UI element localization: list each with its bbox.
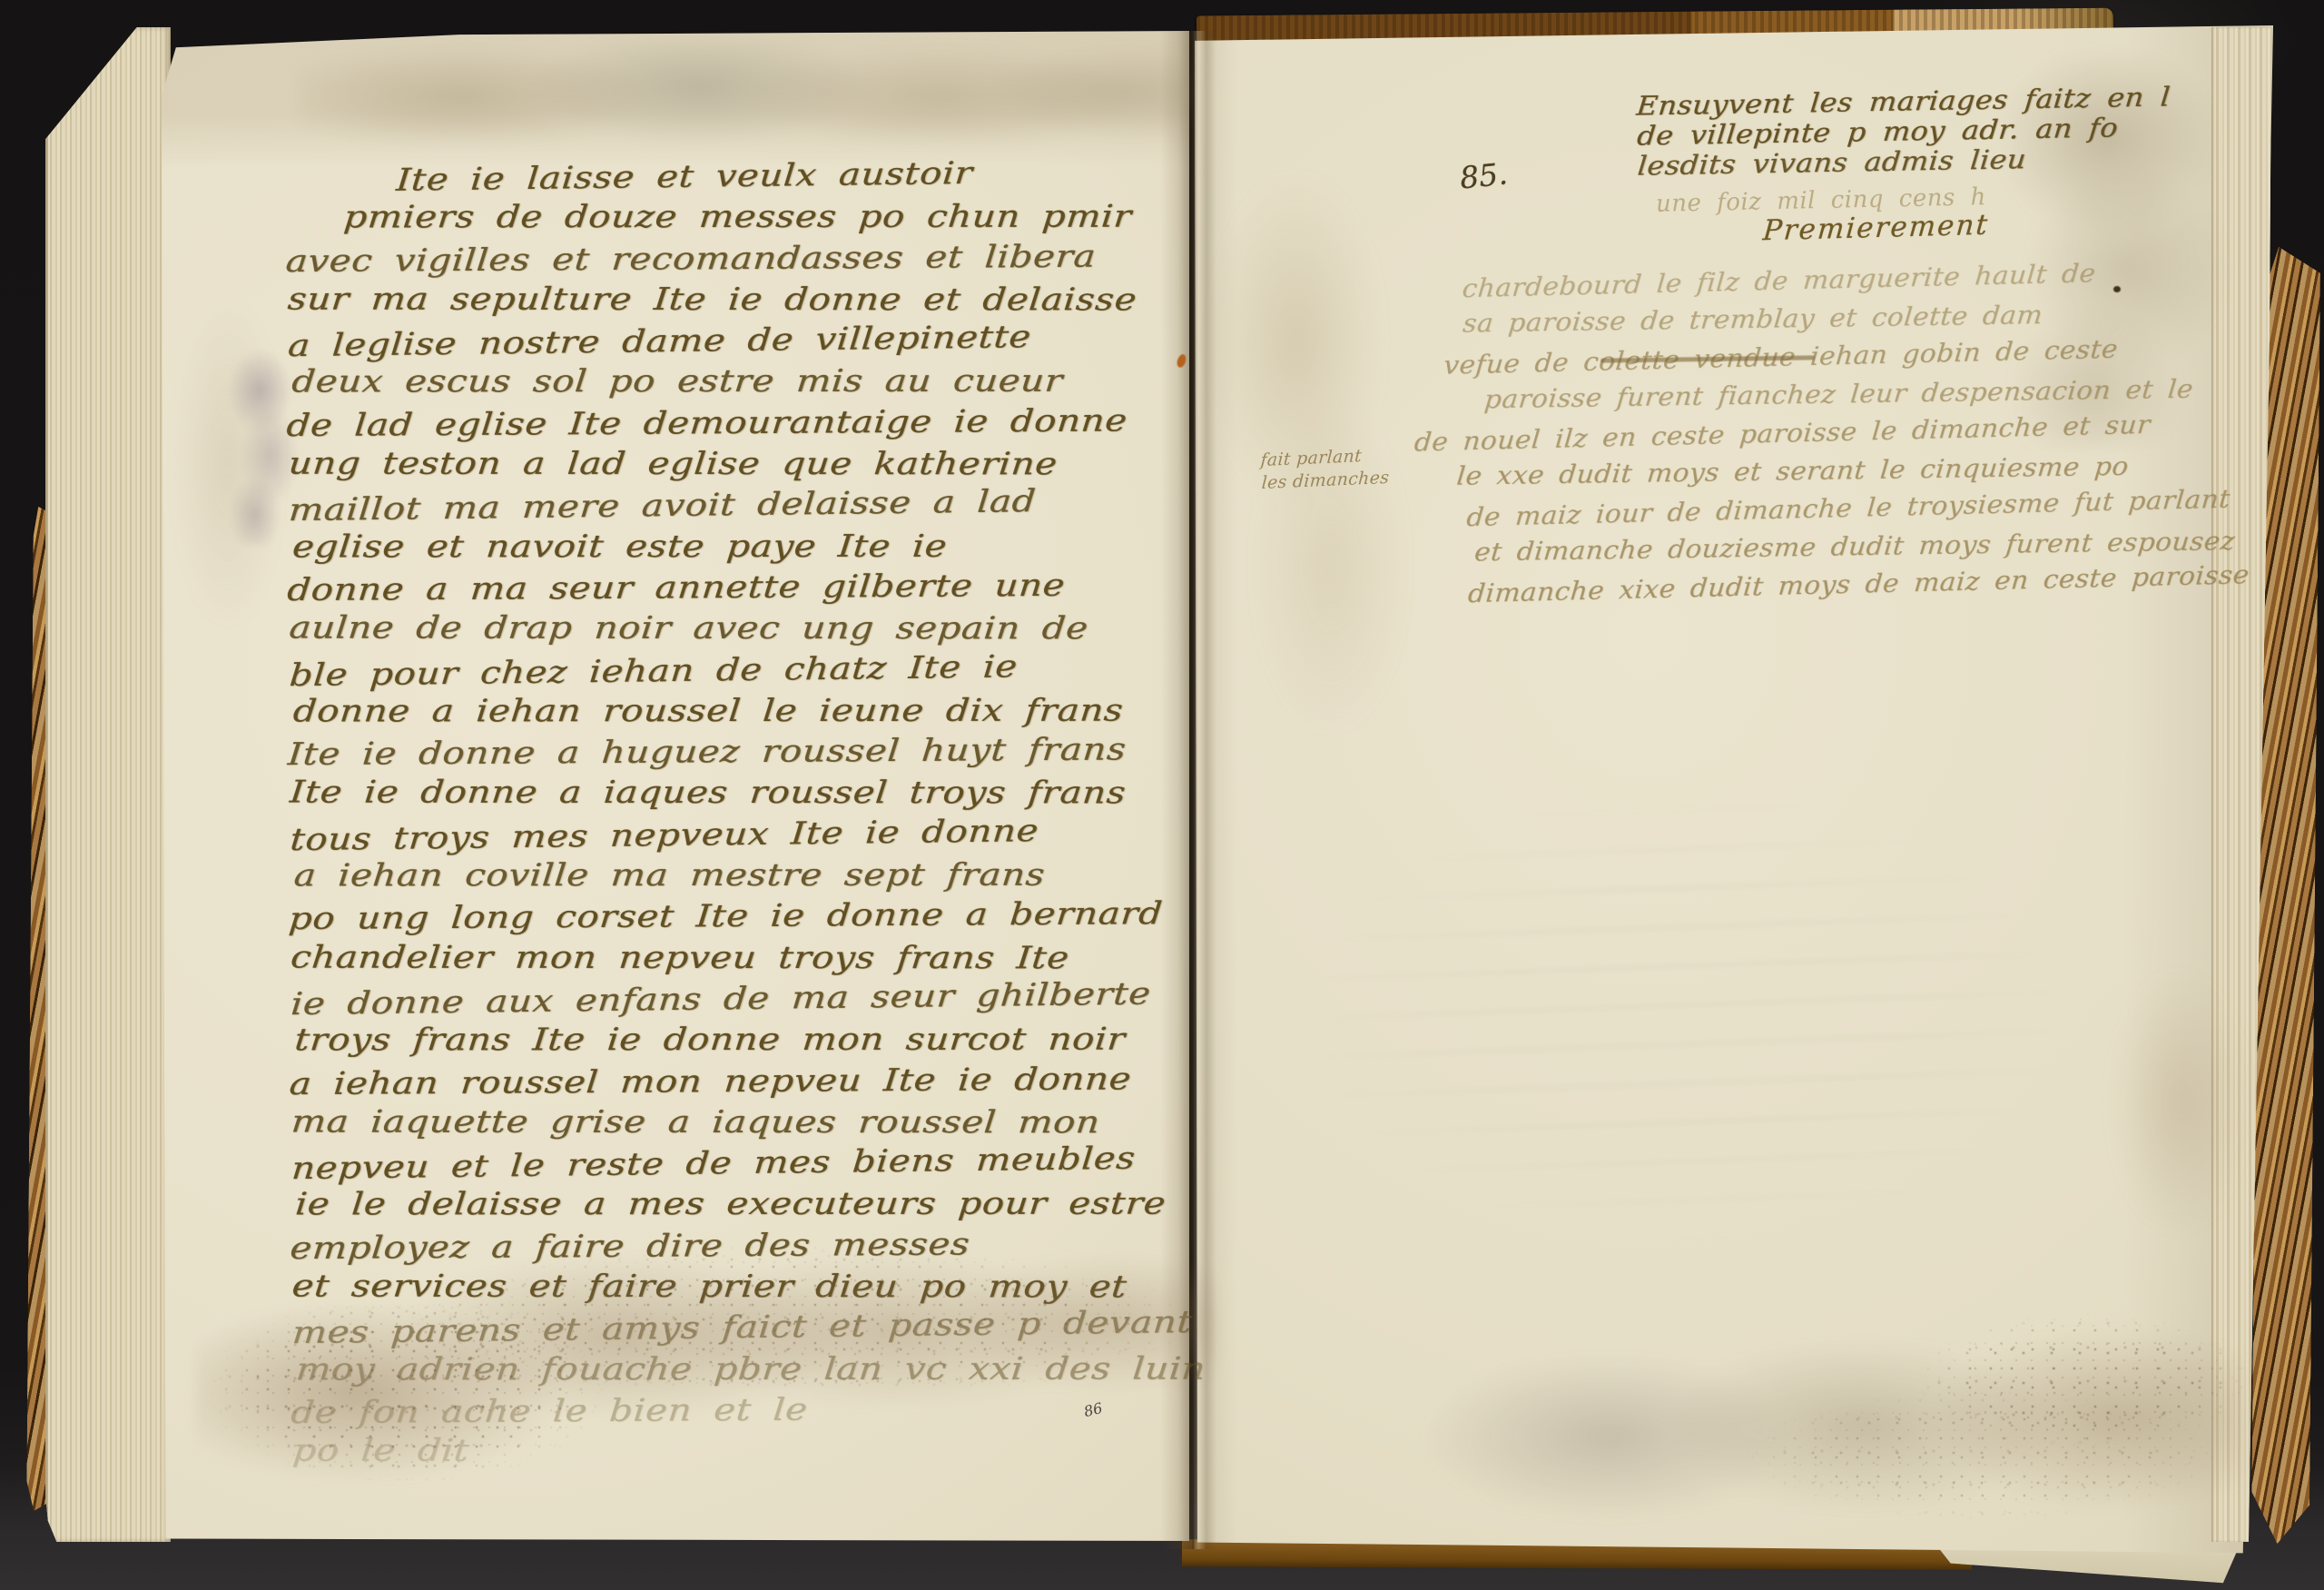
left-page-text: Ite ie laisse et veulx austoirpmiers de … bbox=[286, 154, 1208, 1493]
handwriting: a iehan roussel mon nepveu Ite ie donne bbox=[288, 1059, 1133, 1105]
right-page-heading: Ensuyvent les mariages faitz en lde vill… bbox=[1635, 83, 2122, 181]
handwriting: ie donne aux enfans de ma seur ghilberte bbox=[290, 973, 1153, 1025]
handwriting: donne a iehan roussel le ieune dix frans bbox=[291, 690, 1125, 732]
manuscript-line: ie donne aux enfans de ma seur ghilberte bbox=[290, 973, 1206, 1026]
manuscript-line: ung teston a lad eglise que katherine bbox=[287, 444, 1204, 486]
handwriting: tous troys mes nepveux Ite ie donne bbox=[289, 811, 1040, 861]
marginal-note: fait parlantles dimanches bbox=[1259, 444, 1389, 495]
handwriting: troys frans Ite ie donne mon surcot noir bbox=[293, 1020, 1128, 1062]
manuscript-line: troys frans Ite ie donne mon surcot noir bbox=[293, 1020, 1210, 1062]
handwriting: deux escus sol po estre mis au cueur bbox=[290, 361, 1065, 403]
right-page-text: chardebourd le filz de marguerite hault … bbox=[1409, 254, 2203, 613]
manuscript-line: de lad eglise Ite demourantaige ie donne bbox=[285, 400, 1202, 447]
handwriting: avec vigilles et recomandasses et libera bbox=[284, 236, 1098, 282]
page-stack-edge-left bbox=[45, 27, 171, 1542]
handwriting: et services et faire prier dieu po moy e… bbox=[290, 1267, 1128, 1309]
manuscript-line: nepveu et le reste de mes biens meubles bbox=[290, 1138, 1206, 1190]
manuscript-line: donne a iehan roussel le ieune dix frans bbox=[291, 690, 1208, 732]
handwriting: employez a faire dire des messes bbox=[289, 1224, 971, 1269]
handwriting: a leglise nostre dame de villepinette bbox=[287, 317, 1033, 367]
manuscript-line: tous troys mes nepveux Ite ie donne bbox=[289, 809, 1206, 862]
manuscript-line: aulne de drap noir avec ung sepain de bbox=[288, 608, 1205, 650]
manuscript-line: po le dit bbox=[291, 1431, 1208, 1473]
handwriting: maillot ma mere avoit delaisse a lad bbox=[287, 481, 1037, 531]
manuscript-line: deux escus sol po estre mis au cueur bbox=[290, 361, 1207, 403]
folio-number: 85. bbox=[1458, 155, 1509, 195]
section-heading: Premierement bbox=[1762, 209, 1991, 248]
handwriting: mes parens et amys faict et passe p deva… bbox=[290, 1302, 1194, 1354]
manuscript-line: maillot ma mere avoit delaisse a lad bbox=[287, 479, 1204, 532]
handwriting: eglise et navoit este paye Ite ie bbox=[290, 526, 949, 568]
manuscript-line: donne a ma seur annette gilberte une bbox=[286, 565, 1203, 611]
manuscript-line: Ite ie laisse et veulx austoir bbox=[286, 151, 1203, 203]
manuscript-line: a iehan roussel mon nepveu Ite ie donne bbox=[288, 1058, 1205, 1104]
handwriting: ma iaquette grise a iaques roussel mon bbox=[290, 1101, 1102, 1143]
handwriting: pmiers de douze messes po chun pmir bbox=[342, 197, 1134, 239]
book-photo: Ite ie laisse et veulx austoirpmiers de … bbox=[0, 0, 2324, 1590]
dark-fleck bbox=[2113, 286, 2121, 292]
handwriting: de lad eglise Ite demourantaige ie donne bbox=[285, 400, 1129, 447]
manuscript-line: et services et faire prier dieu po moy e… bbox=[290, 1267, 1207, 1309]
manuscript-line: chandelier mon nepveu troys frans Ite bbox=[290, 937, 1206, 979]
manuscript-line: Ite ie donne a iaques roussel troys fran… bbox=[289, 773, 1206, 815]
handwriting: ble pour chez iehan de chatz Ite ie bbox=[288, 647, 1019, 696]
handwriting: sur ma sepulture Ite ie donne et delaiss… bbox=[286, 279, 1138, 321]
handwriting: Ite ie donne a huguez roussel huyt frans bbox=[286, 730, 1128, 776]
handwriting: Ite ie donne a iaques roussel troys fran… bbox=[288, 773, 1128, 815]
handwriting: de ſon ache le bien et le bbox=[290, 1389, 810, 1434]
handwriting: moy adrien fouache pbre lan vc xxi des l… bbox=[294, 1348, 1207, 1390]
manuscript-line: avec vigilles et recomandasses et libera bbox=[284, 236, 1201, 282]
handwriting: ie le delaisse a mes executeurs pour est… bbox=[293, 1184, 1167, 1226]
handwriting: donne a ma seur annette gilberte une bbox=[286, 566, 1067, 612]
handwriting: po le dit bbox=[291, 1431, 471, 1472]
handwriting: ung teston a lad eglise que katherine bbox=[287, 444, 1059, 486]
manuscript-line: sur ma sepulture Ite ie donne et delaiss… bbox=[286, 279, 1203, 321]
manuscript-line: po ung long corset Ite ie donne a bernar… bbox=[287, 894, 1204, 940]
handwriting: chandelier mon nepveu troys frans Ite bbox=[289, 937, 1070, 979]
manuscript-line: ie le delaisse a mes executeurs pour est… bbox=[294, 1184, 1211, 1226]
manuscript-line: pmiers de douze messes po chun pmir bbox=[290, 197, 1206, 239]
manuscript-line: moy adrien fouache pbre lan vc xxi des l… bbox=[295, 1348, 1212, 1390]
manuscript-line: employez a faire dire des messes bbox=[289, 1223, 1206, 1269]
manuscript-line: mes parens et amys faict et passe p deva… bbox=[290, 1302, 1207, 1355]
manuscript-line: a iehan coville ma mestre sept frans bbox=[292, 855, 1209, 897]
manuscript-line: Ite ie donne a huguez roussel huyt frans bbox=[287, 729, 1204, 775]
manuscript-line: a leglise nostre dame de villepinette bbox=[286, 315, 1203, 368]
handwriting: a iehan coville ma mestre sept frans bbox=[292, 855, 1047, 897]
handwriting: nepveu et le reste de mes biens meubles bbox=[290, 1139, 1137, 1190]
manuscript-line: ma iaquette grise a iaques roussel mon bbox=[290, 1101, 1206, 1143]
manuscript-line: eglise et navoit este paye Ite ie bbox=[291, 526, 1208, 568]
manuscript-line: ble pour chez iehan de chatz Ite ie bbox=[288, 644, 1205, 696]
handwriting: aulne de drap noir avec ung sepain de bbox=[288, 608, 1090, 650]
handwriting: Ite ie laisse et veulx austoir bbox=[395, 153, 974, 202]
manuscript-line: de ſon ache le bien et le bbox=[290, 1388, 1206, 1434]
handwriting: po ung long corset Ite ie donne a bernar… bbox=[287, 894, 1164, 941]
